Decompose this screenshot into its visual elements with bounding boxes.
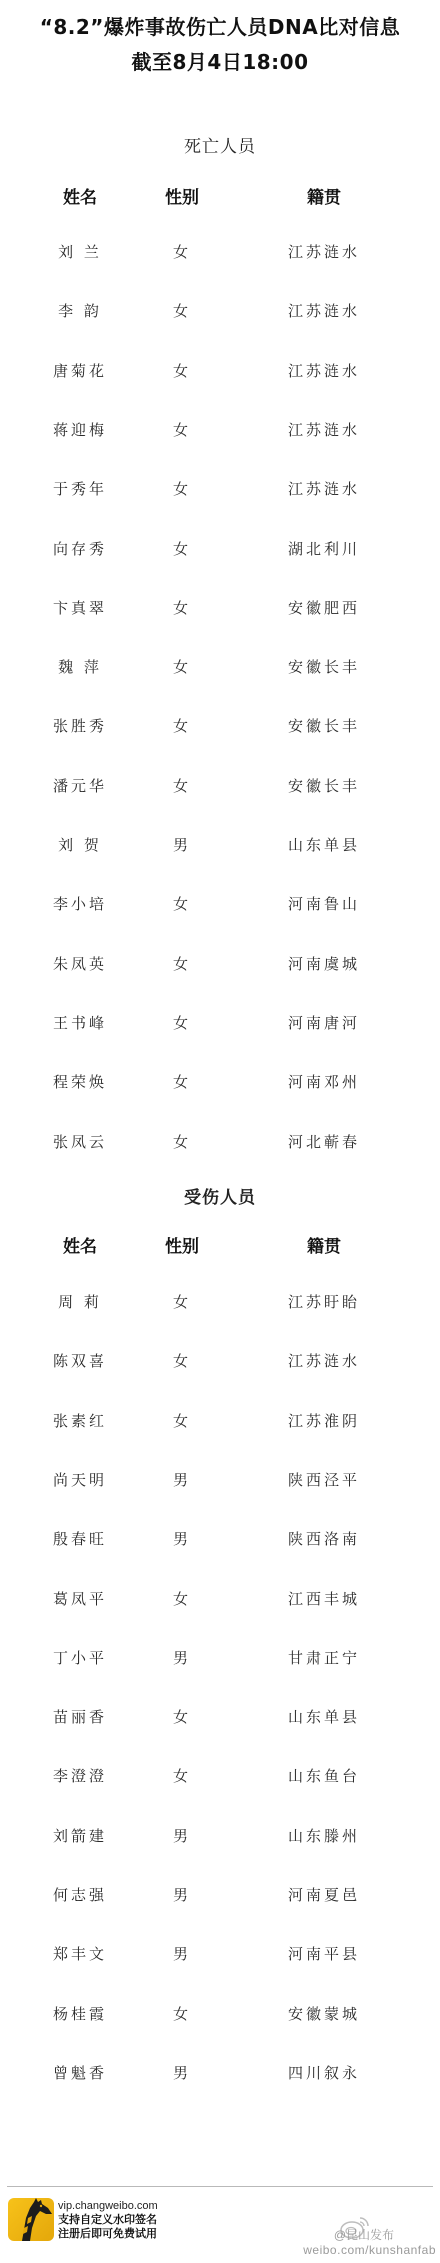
person-origin: 江苏涟水: [264, 479, 384, 499]
person-origin: 河南唐河: [264, 1013, 384, 1033]
person-origin: 江苏涟水: [264, 301, 384, 321]
person-origin: 江苏盱眙: [264, 1292, 384, 1312]
injured-heading: 受伤人员: [0, 1187, 440, 1209]
person-gender: 女: [142, 1707, 222, 1727]
column-header-origin: 籍贯: [264, 187, 384, 209]
weibo-url: weibo.com/kunshanfab: [303, 2243, 436, 2257]
column-header-name: 姓名: [30, 187, 130, 209]
person-gender: 女: [142, 2004, 222, 2024]
person-gender: 男: [142, 1529, 222, 1549]
watermark-tagline-1: 支持自定义水印签名: [58, 2214, 157, 2227]
person-name: 刘箭建: [30, 1826, 130, 1846]
person-origin: 河南虞城: [264, 954, 384, 974]
person-name: 张胜秀: [30, 716, 130, 736]
document-title: “8.2”爆炸事故伤亡人员DNA比对信息: [0, 15, 440, 39]
person-gender: 女: [142, 1766, 222, 1786]
person-origin: 湖北利川: [264, 539, 384, 559]
person-origin: 安徽长丰: [264, 776, 384, 796]
person-name: 李小培: [30, 894, 130, 914]
person-origin: 江苏涟水: [264, 420, 384, 440]
person-gender: 女: [142, 242, 222, 262]
person-gender: 女: [142, 1132, 222, 1152]
deceased-heading: 死亡人员: [0, 136, 440, 158]
person-origin: 山东鱼台: [264, 1766, 384, 1786]
person-origin: 甘肃正宁: [264, 1648, 384, 1668]
person-gender: 女: [142, 361, 222, 381]
person-name: 刘 兰: [30, 242, 130, 262]
person-name: 魏 萍: [30, 657, 130, 677]
person-name: 尚天明: [30, 1470, 130, 1490]
person-name: 刘 贺: [30, 835, 130, 855]
person-gender: 女: [142, 716, 222, 736]
person-gender: 女: [142, 1013, 222, 1033]
watermark-url: vip.changweibo.com: [58, 2200, 158, 2213]
person-name: 曾魁香: [30, 2063, 130, 2083]
person-origin: 河南邓州: [264, 1072, 384, 1092]
column-header-gender: 性别: [142, 187, 222, 209]
person-gender: 男: [142, 1826, 222, 1846]
person-gender: 女: [142, 954, 222, 974]
person-origin: 河北蕲春: [264, 1132, 384, 1152]
person-name: 程荣焕: [30, 1072, 130, 1092]
person-origin: 江西丰城: [264, 1589, 384, 1609]
person-gender: 男: [142, 835, 222, 855]
person-name: 卞真翠: [30, 598, 130, 618]
weibo-handle: @昆山发布: [334, 2226, 394, 2243]
person-name: 苗丽香: [30, 1707, 130, 1727]
column-header-origin: 籍贯: [264, 1236, 384, 1258]
person-origin: 河南鲁山: [264, 894, 384, 914]
person-name: 朱凤英: [30, 954, 130, 974]
person-origin: 安徽长丰: [264, 657, 384, 677]
person-gender: 女: [142, 1351, 222, 1371]
person-name: 何志强: [30, 1885, 130, 1905]
person-gender: 女: [142, 894, 222, 914]
person-name: 杨桂霞: [30, 2004, 130, 2024]
document-subtitle-timestamp: 截至8月4日18:00: [0, 50, 440, 74]
person-name: 唐菊花: [30, 361, 130, 381]
person-gender: 女: [142, 301, 222, 321]
person-gender: 男: [142, 1648, 222, 1668]
watermark-tagline-2: 注册后即可免费试用: [58, 2228, 157, 2241]
person-origin: 江苏淮阴: [264, 1411, 384, 1431]
person-origin: 安徽蒙城: [264, 2004, 384, 2024]
person-name: 陈双喜: [30, 1351, 130, 1371]
person-gender: 女: [142, 1072, 222, 1092]
person-name: 郑丰文: [30, 1944, 130, 1964]
person-name: 丁小平: [30, 1648, 130, 1668]
person-name: 葛凤平: [30, 1589, 130, 1609]
person-name: 周 莉: [30, 1292, 130, 1312]
person-origin: 河南夏邑: [264, 1885, 384, 1905]
person-gender: 女: [142, 420, 222, 440]
column-header-gender: 性别: [142, 1236, 222, 1258]
person-gender: 女: [142, 479, 222, 499]
person-name: 李澄澄: [30, 1766, 130, 1786]
person-origin: 安徽长丰: [264, 716, 384, 736]
person-gender: 女: [142, 1292, 222, 1312]
person-origin: 陕西洛南: [264, 1529, 384, 1549]
footer-divider: [7, 2186, 433, 2187]
person-gender: 女: [142, 539, 222, 559]
person-name: 殷春旺: [30, 1529, 130, 1549]
person-name: 蒋迎梅: [30, 420, 130, 440]
person-gender: 女: [142, 598, 222, 618]
person-origin: 山东单县: [264, 1707, 384, 1727]
column-header-name: 姓名: [30, 1236, 130, 1258]
person-name: 张凤云: [30, 1132, 130, 1152]
person-gender: 女: [142, 657, 222, 677]
person-gender: 男: [142, 1944, 222, 1964]
person-origin: 江苏涟水: [264, 361, 384, 381]
person-origin: 四川叙永: [264, 2063, 384, 2083]
person-name: 王书峰: [30, 1013, 130, 1033]
person-name: 向存秀: [30, 539, 130, 559]
person-origin: 山东滕州: [264, 1826, 384, 1846]
giraffe-logo-icon: [8, 2198, 54, 2241]
person-name: 李 韵: [30, 301, 130, 321]
person-origin: 江苏涟水: [264, 1351, 384, 1371]
person-gender: 男: [142, 1470, 222, 1490]
person-origin: 陕西泾平: [264, 1470, 384, 1490]
person-gender: 男: [142, 2063, 222, 2083]
person-origin: 安徽肥西: [264, 598, 384, 618]
person-gender: 男: [142, 1885, 222, 1905]
person-name: 潘元华: [30, 776, 130, 796]
person-gender: 女: [142, 776, 222, 796]
person-origin: 河南平县: [264, 1944, 384, 1964]
person-name: 于秀年: [30, 479, 130, 499]
person-origin: 江苏涟水: [264, 242, 384, 262]
person-origin: 山东单县: [264, 835, 384, 855]
person-gender: 女: [142, 1411, 222, 1431]
person-gender: 女: [142, 1589, 222, 1609]
person-name: 张素红: [30, 1411, 130, 1431]
